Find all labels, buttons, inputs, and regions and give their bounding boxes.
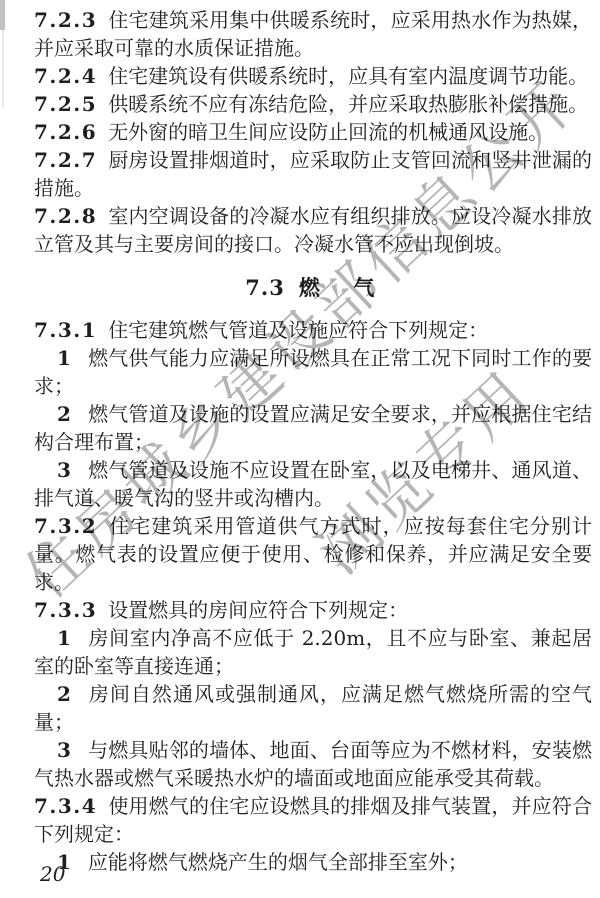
item-number: 3 xyxy=(57,458,71,482)
clause-number: 7.2.6 xyxy=(34,120,97,144)
document-page: 住房城乡建设部信息公开 浏览专用 7.2.3住宅建筑采用集中供暖系统时，应采用热… xyxy=(0,0,600,898)
clause-number: 7.2.8 xyxy=(34,204,97,228)
scan-edge-mark xyxy=(0,0,5,30)
clause-text: 无外窗的暗卫生间应设防止回流的机械通风设施。 xyxy=(108,120,548,144)
clause-7-2-8: 7.2.8室内空调设备的冷凝水应有组织排放。应设冷凝水排放立管及其与主要房间的接… xyxy=(34,202,592,258)
clause-7-3-3: 7.3.3设置燃具的房间应符合下列规定： xyxy=(34,596,592,624)
section-heading-title: 燃 气 xyxy=(299,275,381,300)
clause-number: 7.3.2 xyxy=(34,514,97,538)
clause-number: 7.2.4 xyxy=(34,64,97,88)
clause-7-3-4-item-1: 1应能将燃气燃烧产生的烟气全部排至室外； xyxy=(34,848,592,876)
clause-7-3-1-item-3: 3燃气管道及设施不应设置在卧室，以及电梯井、通风道、排气道、暖气沟的竖井或沟槽内… xyxy=(34,456,592,512)
page-number: 20 xyxy=(40,860,65,888)
clause-7-3-4: 7.3.4使用燃气的住宅应设燃具的排烟及排气装置，并应符合下列规定： xyxy=(34,792,592,848)
item-text: 房间自然通风或强制通风，应满足燃气燃烧所需的空气量； xyxy=(34,682,592,734)
clause-7-3-3-item-1: 1房间室内净高不应低于 2.20m，且不应与卧室、兼起居室的卧室等直接连通； xyxy=(34,624,592,680)
item-number: 2 xyxy=(57,402,71,426)
clause-7-3-1-item-2: 2燃气管道及设施的设置应满足安全要求，并应根据住宅结构合理布置； xyxy=(34,400,592,456)
clause-text: 住宅建筑采用集中供暖系统时，应采用热水作为热媒，并应采取可靠的水质保证措施。 xyxy=(34,8,592,60)
clause-number: 7.2.5 xyxy=(34,92,97,116)
clause-text: 住宅建筑采用管道供气方式时，应按每套住宅分别计量。燃气表的设置应便于使用、检修和… xyxy=(34,514,592,594)
clause-7-2-7: 7.2.7厨房设置排烟道时，应采取防止支管回流和竖井泄漏的措施。 xyxy=(34,146,592,202)
item-number: 1 xyxy=(57,626,71,650)
clause-text: 使用燃气的住宅应设燃具的排烟及排气装置，并应符合下列规定： xyxy=(34,794,592,846)
clause-7-2-3: 7.2.3住宅建筑采用集中供暖系统时，应采用热水作为热媒，并应采取可靠的水质保证… xyxy=(34,6,592,62)
item-text: 燃气供气能力应满足所设燃具在正常工况下同时工作的要求； xyxy=(34,346,592,398)
clause-7-3-2: 7.3.2住宅建筑采用管道供气方式时，应按每套住宅分别计量。燃气表的设置应便于使… xyxy=(34,512,592,596)
clause-number: 7.3.4 xyxy=(34,794,97,818)
section-heading: 7.3燃 气 xyxy=(34,274,592,302)
clause-text: 厨房设置排烟道时，应采取防止支管回流和竖井泄漏的措施。 xyxy=(34,148,592,200)
clause-7-2-4: 7.2.4住宅建筑设有供暖系统时，应具有室内温度调节功能。 xyxy=(34,62,592,90)
clause-text: 室内空调设备的冷凝水应有组织排放。应设冷凝水排放立管及其与主要房间的接口。冷凝水… xyxy=(34,204,592,256)
item-text: 房间室内净高不应低于 2.20m，且不应与卧室、兼起居室的卧室等直接连通； xyxy=(34,626,592,678)
clause-number: 7.3.3 xyxy=(34,598,97,622)
item-text: 应能将燃气燃烧产生的烟气全部排至室外； xyxy=(88,850,468,874)
clause-number: 7.2.3 xyxy=(34,8,97,32)
item-text: 燃气管道及设施的设置应满足安全要求，并应根据住宅结构合理布置； xyxy=(34,402,592,454)
clause-7-2-6: 7.2.6无外窗的暗卫生间应设防止回流的机械通风设施。 xyxy=(34,118,592,146)
scan-edge-line xyxy=(2,28,4,108)
clause-text: 供暖系统不应有冻结危险，并应采取热膨胀补偿措施。 xyxy=(108,92,588,116)
clause-7-2-5: 7.2.5供暖系统不应有冻结危险，并应采取热膨胀补偿措施。 xyxy=(34,90,592,118)
section-heading-number: 7.3 xyxy=(245,275,285,300)
item-number: 3 xyxy=(57,738,71,762)
clause-7-3-1: 7.3.1住宅建筑燃气管道及设施应符合下列规定： xyxy=(34,316,592,344)
clause-text: 住宅建筑设有供暖系统时，应具有室内温度调节功能。 xyxy=(108,64,588,88)
clause-number: 7.2.7 xyxy=(34,148,97,172)
item-number: 2 xyxy=(57,682,71,706)
clause-7-3-3-item-2: 2房间自然通风或强制通风，应满足燃气燃烧所需的空气量； xyxy=(34,680,592,736)
clause-text: 设置燃具的房间应符合下列规定： xyxy=(108,598,408,622)
item-text: 与燃具贴邻的墙体、地面、台面等应为不燃材料，安装燃气热水器或燃气采暖热水炉的墙面… xyxy=(34,738,592,790)
item-number: 1 xyxy=(57,346,71,370)
clause-7-3-1-item-1: 1燃气供气能力应满足所设燃具在正常工况下同时工作的要求； xyxy=(34,344,592,400)
clause-number: 7.3.1 xyxy=(34,318,97,342)
page-content: 7.2.3住宅建筑采用集中供暖系统时，应采用热水作为热媒，并应采取可靠的水质保证… xyxy=(34,6,592,876)
item-text: 燃气管道及设施不应设置在卧室，以及电梯井、通风道、排气道、暖气沟的竖井或沟槽内。 xyxy=(34,458,592,510)
clause-7-3-3-item-3: 3与燃具贴邻的墙体、地面、台面等应为不燃材料，安装燃气热水器或燃气采暖热水炉的墙… xyxy=(34,736,592,792)
clause-text: 住宅建筑燃气管道及设施应符合下列规定： xyxy=(108,318,488,342)
